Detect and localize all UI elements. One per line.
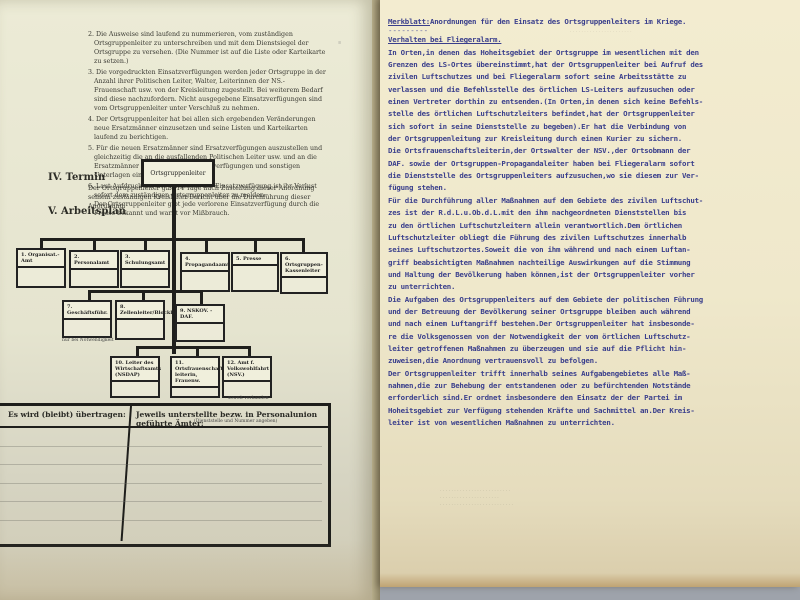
memo-line: Der Ortsgruppenleiter trifft innerhalb s… (388, 368, 798, 380)
memo-line: leiter getroffenen Maßnahmen zu überzeug… (388, 343, 798, 355)
org-box-9: 9. NSKOV. - DAF. (175, 304, 225, 342)
org-box-11: 11. Ortsfrauenschafts-leiterin, Frauenw. (170, 356, 220, 398)
org-box-label: 5. Presse (233, 254, 277, 266)
org-drop (93, 238, 96, 250)
org-root-ortsgruppenleiter: Ortsgruppenleiter (141, 159, 215, 187)
org-box-8: 8. Zellenleiter/Blockleiter (115, 300, 165, 340)
assignment-table: Es wird (bleibt) übertragen: Jeweils unt… (0, 403, 331, 547)
typewritten-memo: Merkblatt:Anordnungen für den Einsatz de… (388, 16, 798, 429)
org-box-label: 6. Ortsgruppen-Kassenleiter (282, 254, 326, 278)
table-row-line (0, 464, 322, 465)
org-drop (144, 238, 147, 250)
bleed-through-text: · · · · · · · · · · · · · · · · · · · · … (440, 488, 720, 509)
memo-line: fügung stehen. (388, 182, 798, 194)
memo-line: Für die Durchführung aller Maßnahmen auf… (388, 195, 798, 207)
org-box-label: 2. Personalamt (71, 252, 117, 270)
org-box-5: 5. Presse (231, 252, 279, 292)
memo-title-label: Merkblatt: (388, 17, 430, 26)
memo-line: zuweisen,die Anordnung vertrauensvoll zu… (388, 355, 798, 367)
memo-line: stelle des örtlichen Luftschutzleiters b… (388, 108, 798, 120)
table-row-line (0, 446, 322, 447)
memo-line: einen Vertreter dorthin zu entsenden.(In… (388, 96, 798, 108)
table-header-rule (0, 426, 328, 428)
org-row2-connector (88, 290, 202, 293)
org-box-4: 4. Propagandaamt (180, 252, 230, 292)
memo-body: In Orten,in denen das Hoheitsgebiet der … (388, 47, 798, 430)
org-box-10: 10. Leiter des Wirtschaftsamts (NSDAP) (110, 356, 160, 398)
memo-line: DAF. sowie der Ortsgruppen-Propagandalei… (388, 158, 798, 170)
memo-line: seines Luftschutzortes.Soweit die von ih… (388, 244, 798, 256)
org-box-7: 7. Geschäftsführ. (62, 300, 112, 338)
right-page-typed-memo: · · · · · · · · · · · · · · · · · · · · … (380, 0, 800, 587)
org-box-2: 2. Personalamt (69, 250, 119, 288)
table-row-line (0, 501, 322, 502)
bleed-through-marks: ≡ (338, 40, 341, 46)
table-row-line (0, 483, 322, 484)
memo-line: zu unterrichten. (388, 281, 798, 293)
org-box-1: 1. Organisat.-Amt (16, 248, 66, 288)
org-box-label: 4. Propagandaamt (182, 254, 228, 272)
memo-line: re die Volksgenossen von der Notwendigke… (388, 331, 798, 343)
org-chart: Ortsgruppenleiter 1. Organisat.-Amt 2. P… (0, 0, 372, 400)
org-drop (302, 238, 305, 252)
memo-line: zivilen Luftschutzes und bei Fliegeralar… (388, 71, 798, 83)
memo-line: leiter ist von wesentlichen Maßnahmen zu… (388, 417, 798, 429)
memo-line: Luftschutzleiter obliegt die Führung des… (388, 232, 798, 244)
table-header-uebertragen: Es wird (bleibt) übertragen: (8, 410, 126, 419)
org-box-label: 3. Schulungsamt (122, 252, 168, 270)
org-box-label: 11. Ortsfrauenschafts-leiterin, Frauenw. (172, 358, 218, 388)
org-drop (254, 238, 257, 252)
memo-line: Grenzen des LS-Ortes übereinstimmt,hat d… (388, 59, 798, 71)
org-box-label: 7. Geschäftsführ. (64, 302, 110, 320)
row2-note: nur bei Notwendigkeit (62, 338, 114, 343)
org-box-6: 6. Ortsgruppen-Kassenleiter (280, 252, 328, 294)
memo-line: und Haltung der Bevölkerung haben können… (388, 269, 798, 281)
org-box-label: 12. Amt f. Volkswohlfahrt (NSV.) (224, 358, 270, 382)
memo-line: verlassen und die Befehlsstelle des örtl… (388, 84, 798, 96)
memo-subheading: Verhalten bei Fliegeralarm. (388, 34, 798, 46)
table-subheader: (Dienststelle und Nummer angeben) (194, 419, 277, 424)
memo-line: die Dienststelle des Ortsgruppenleiters … (388, 170, 798, 182)
org-row1-connector (40, 238, 304, 241)
page-bottom-edge (380, 573, 800, 587)
memo-line: und der Betreuung der Bevölkerung seiner… (388, 306, 798, 318)
memo-line: zes ist der R.d.L.u.Ob.d.L.mit den ihm n… (388, 207, 798, 219)
memo-line: zu den örtlichen Luftschutzleitern allei… (388, 220, 798, 232)
row3-note: soweit vorhanden (228, 396, 269, 401)
org-box-label: 9. NSKOV. - DAF. (177, 306, 223, 324)
page-stain (0, 540, 372, 600)
memo-line: In Orten,in denen das Hoheitsgebiet der … (388, 47, 798, 59)
org-drop (200, 290, 203, 304)
memo-line: erforderlich sind.Er ordnet insbesondere… (388, 392, 798, 404)
table-row-line (0, 520, 322, 521)
memo-line: und nach einem Luftangriff bestehen.Der … (388, 318, 798, 330)
left-page-printed-form: 2. Die Ausweise sind laufend zu nummerie… (0, 0, 372, 600)
memo-line: Die Aufgaben des Ortsgruppenleiters auf … (388, 294, 798, 306)
org-box-3: 3. Schulungsamt (120, 250, 170, 288)
memo-line: griff beabsichtigten Maßnahmen nachteili… (388, 257, 798, 269)
org-drop (205, 238, 208, 252)
memo-line: Die Ortsfrauenschaftsleiterin,der Ortswa… (388, 145, 798, 157)
org-row3-connector (136, 346, 250, 349)
memo-line: der Ortsgruppenleitung zur Kreisleitung … (388, 133, 798, 145)
memo-line: nahmen,die zur Behebung der entstandenen… (388, 380, 798, 392)
memo-line: sich sofort in seine Dienststelle zu beg… (388, 121, 798, 133)
org-box-12: 12. Amt f. Volkswohlfahrt (NSV.) (222, 356, 272, 398)
memo-title-line: Merkblatt:Anordnungen für den Einsatz de… (388, 16, 798, 28)
org-root-label: Ortsgruppenleiter (150, 170, 205, 177)
memo-title: Anordnungen für den Einsatz des Ortsgrup… (430, 17, 686, 26)
org-box-label: 8. Zellenleiter/Blockleiter (117, 302, 163, 320)
memo-line: Hoheitsgebiet zur Verfügung stehenden Kr… (388, 405, 798, 417)
org-box-label: 1. Organisat.-Amt (18, 250, 64, 268)
page-fold-gap (372, 0, 380, 600)
org-box-label: 10. Leiter des Wirtschaftsamts (NSDAP) (112, 358, 158, 382)
